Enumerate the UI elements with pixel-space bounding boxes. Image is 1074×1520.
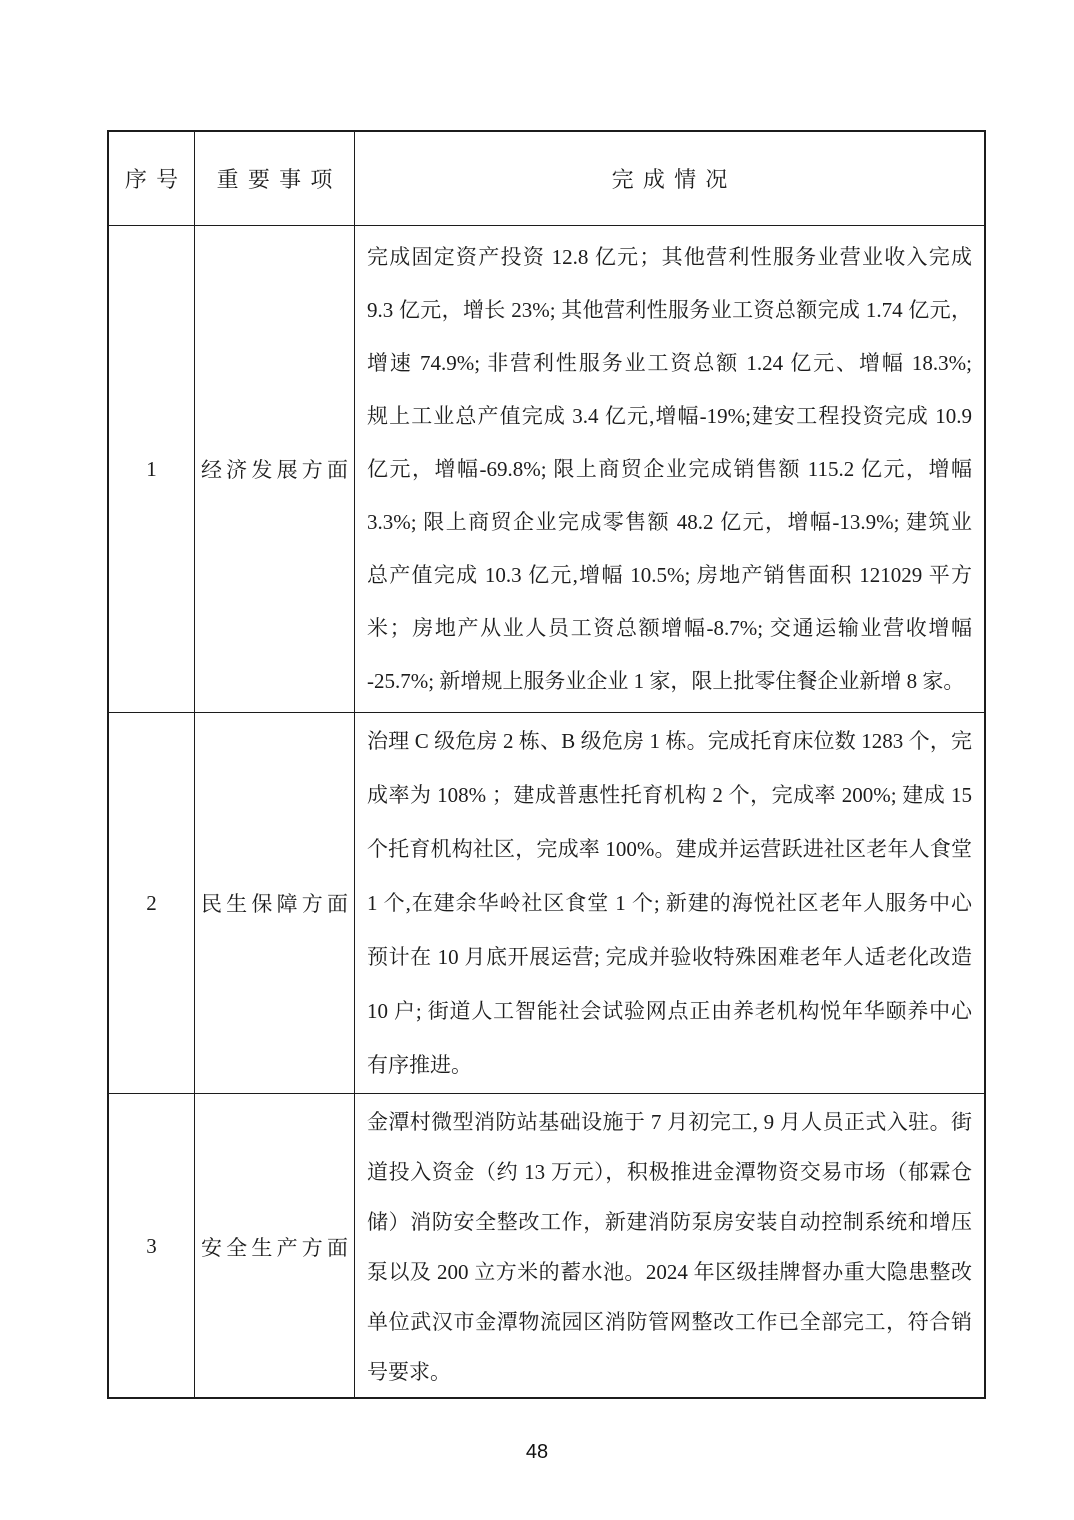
header-cell-index: 序号 xyxy=(109,132,195,225)
content-line: -25.7%; 新增规上服务业企业 1 家，限上批零住餐企业新增 8 家。 xyxy=(367,655,972,708)
row-item-cell: 经济发展方面 xyxy=(195,226,355,712)
document-page: 序号 重要事项 完成情况 1 经济发展方面 完成固定资产投资 12.8 亿元；其… xyxy=(0,0,1074,1520)
content-line: 成率为 108% ；建成普惠性托育机构 2 个，完成率 200%; 建成 15 xyxy=(367,768,972,822)
row-item-cell: 安全生产方面 xyxy=(195,1094,355,1399)
row-content-cell: 完成固定资产投资 12.8 亿元；其他营利性服务业营业收入完成9.3 亿元，增长… xyxy=(355,226,984,712)
content-line: 治理 C 级危房 2 栋、B 级危房 1 栋。完成托育床位数 1283 个，完 xyxy=(367,714,972,768)
page-number: 48 xyxy=(0,1441,1074,1464)
content-line: 金潭村微型消防站基础设施于 7 月初完工, 9 月人员正式入驻。街 xyxy=(367,1097,972,1147)
table-row: 2 民生保障方面 治理 C 级危房 2 栋、B 级危房 1 栋。完成托育床位数 … xyxy=(109,713,984,1094)
content-line: 有序推进。 xyxy=(367,1038,972,1092)
content-line: 总产值完成 10.3 亿元,增幅 10.5%; 房地产销售面积 121029 平… xyxy=(367,549,972,602)
table-row: 3 安全生产方面 金潭村微型消防站基础设施于 7 月初完工, 9 月人员正式入驻… xyxy=(109,1094,984,1399)
row-number-cell: 1 xyxy=(109,226,195,712)
row-number: 2 xyxy=(146,891,157,916)
content-line: 完成固定资产投资 12.8 亿元；其他营利性服务业营业收入完成 xyxy=(367,231,972,284)
table-header-row: 序号 重要事项 完成情况 xyxy=(109,132,984,226)
content-line: 3.3%; 限上商贸企业完成零售额 48.2 亿元，增幅-13.9%; 建筑业 xyxy=(367,496,972,549)
content-line: 个托育机构社区，完成率 100%。建成并运营跃进社区老年人食堂 xyxy=(367,822,972,876)
row-content-cell: 治理 C 级危房 2 栋、B 级危房 1 栋。完成托育床位数 1283 个，完成… xyxy=(355,713,984,1093)
table-row: 1 经济发展方面 完成固定资产投资 12.8 亿元；其他营利性服务业营业收入完成… xyxy=(109,226,984,713)
row-item-label: 民生保障方面 xyxy=(201,888,352,918)
content-line: 亿元，增幅-69.8%; 限上商贸企业完成销售额 115.2 亿元，增幅 xyxy=(367,443,972,496)
header-cell-status: 完成情况 xyxy=(355,132,984,225)
row-content-cell: 金潭村微型消防站基础设施于 7 月初完工, 9 月人员正式入驻。街道投入资金（约… xyxy=(355,1094,984,1399)
header-index-label: 序号 xyxy=(125,163,187,194)
content-line: 号要求。 xyxy=(367,1347,972,1397)
content-line: 米；房地产从业人员工资总额增幅-8.7%; 交通运输业营收增幅 xyxy=(367,602,972,655)
row-number-cell: 3 xyxy=(109,1094,195,1399)
header-item-label: 重要事项 xyxy=(217,163,342,194)
row-number: 3 xyxy=(146,1234,157,1259)
content-line: 道投入资金（约 13 万元），积极推进金潭物资交易市场（郁霖仓 xyxy=(367,1147,972,1197)
content-line: 1 个,在建余华岭社区食堂 1 个; 新建的海悦社区老年人服务中心 xyxy=(367,876,972,930)
row-number: 1 xyxy=(146,457,157,482)
content-line: 储）消防安全整改工作，新建消防泵房安装自动控制系统和增压 xyxy=(367,1197,972,1247)
content-line: 规上工业总产值完成 3.4 亿元,增幅-19%;建安工程投资完成 10.9 xyxy=(367,390,972,443)
content-line: 单位武汉市金潭物流园区消防管网整改工作已全部完工，符合销 xyxy=(367,1297,972,1347)
content-line: 增速 74.9%; 非营利性服务业工资总额 1.24 亿元、增幅 18.3%; xyxy=(367,337,972,390)
row-item-label: 安全生产方面 xyxy=(201,1232,352,1262)
content-line: 预计在 10 月底开展运营; 完成并验收特殊困难老年人适老化改造 xyxy=(367,930,972,984)
header-cell-item: 重要事项 xyxy=(195,132,355,225)
row-number-cell: 2 xyxy=(109,713,195,1093)
content-line: 9.3 亿元，增长 23%; 其他营利性服务业工资总额完成 1.74 亿元， xyxy=(367,284,972,337)
content-line: 10 户; 街道人工智能社会试验网点正由养老机构悦年华颐养中心 xyxy=(367,984,972,1038)
row-item-cell: 民生保障方面 xyxy=(195,713,355,1093)
header-status-label: 完成情况 xyxy=(612,163,737,194)
report-table: 序号 重要事项 完成情况 1 经济发展方面 完成固定资产投资 12.8 亿元；其… xyxy=(107,130,986,1399)
content-line: 泵以及 200 立方米的蓄水池。2024 年区级挂牌督办重大隐患整改 xyxy=(367,1247,972,1297)
row-item-label: 经济发展方面 xyxy=(201,454,352,484)
